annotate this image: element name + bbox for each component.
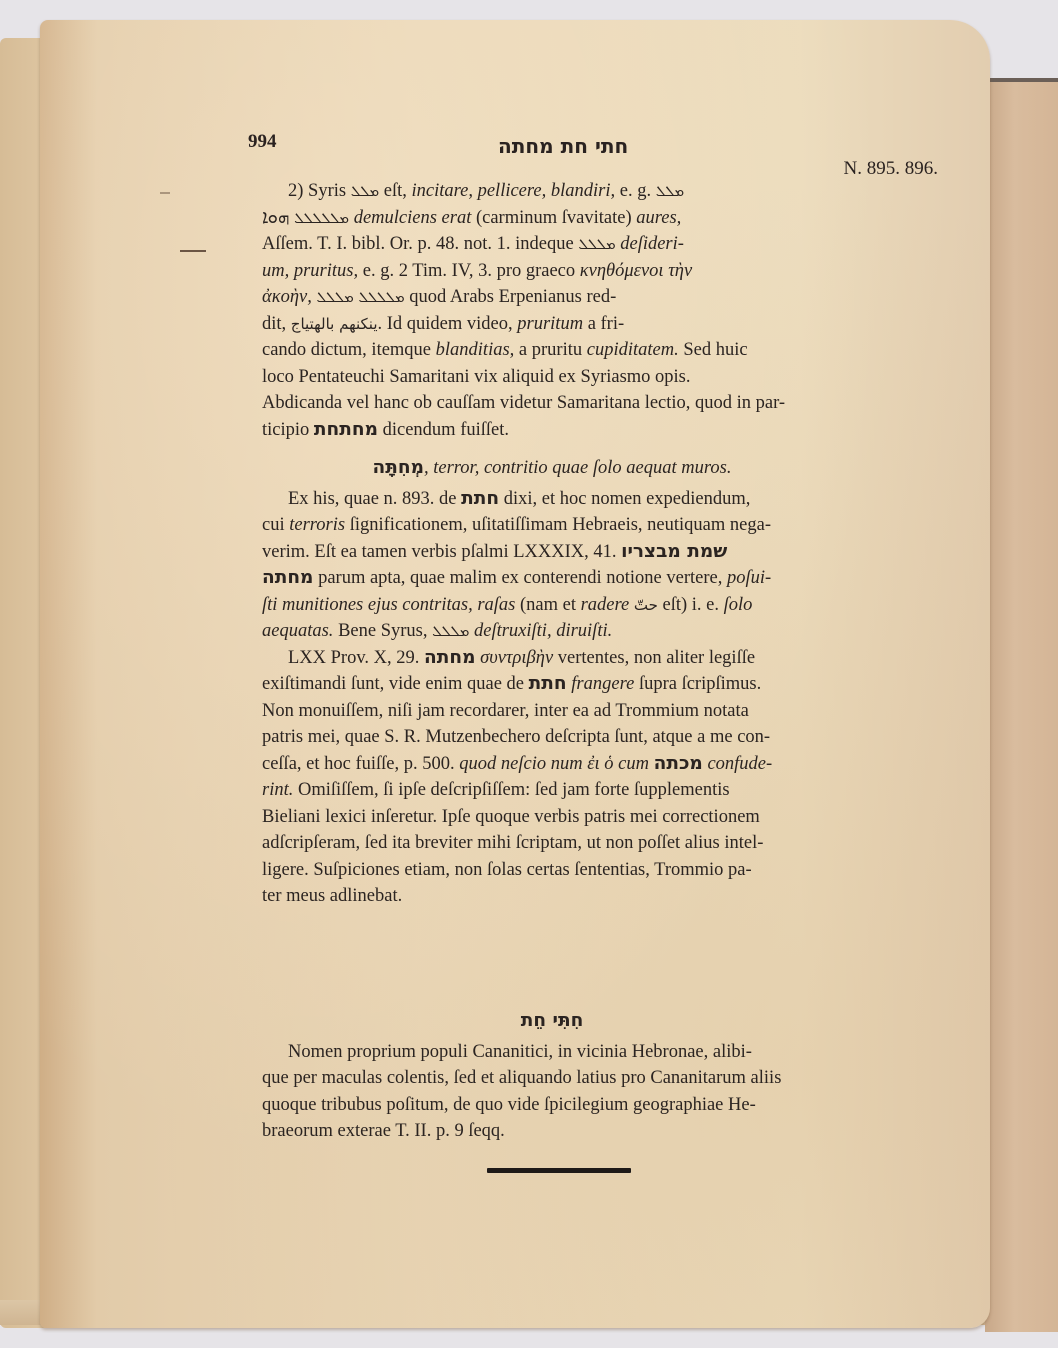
text-line: quoque tribubus poſitum, de quo vide ſpi…	[262, 1092, 922, 1119]
italic-text: frangere	[571, 674, 634, 694]
text: Bieliani lexici inſeretur. Ipſe quoque v…	[262, 807, 760, 827]
text: quoque tribubus poſitum, de quo vide ſpi…	[262, 1095, 756, 1115]
text: quod Arabs Erpenianus red-	[405, 287, 617, 307]
text: Non monuiſſem, niſi jam recordarer, inte…	[262, 701, 749, 721]
text-line: ἀκοὴν, ܡܠܠܠܠ ܡܠܠܠ quod Arabs Erpenianus …	[262, 284, 922, 311]
text: (carminum ſvavitate)	[471, 208, 636, 228]
entry-numbers: N. 895. 896.	[844, 158, 938, 180]
text: cando dictum, itemque	[262, 340, 436, 360]
italic-text: radere	[581, 595, 630, 615]
text: a fri-	[583, 314, 624, 334]
text: ſignificationem, uſitatiſſimam Hebraeis,…	[345, 515, 771, 535]
text: . Id quidem video,	[378, 314, 518, 334]
italic-text: terroris	[289, 515, 345, 535]
text-line: ſti munitiones ejus contritas, raſas (na…	[262, 592, 922, 619]
italic-text: cupiditatem.	[587, 340, 679, 360]
text: 2) Syris	[288, 181, 351, 201]
text: dixi, et hoc nomen expediendum,	[499, 489, 750, 509]
italic-text: um, pruritus,	[262, 261, 358, 281]
italic-text: confude-	[707, 754, 772, 774]
text: a pruritu	[514, 340, 586, 360]
text-line: cui terroris ſignificationem, uſitatiſſi…	[262, 512, 922, 539]
text: ticipio	[262, 420, 314, 440]
running-head: חתי חת מחתה	[498, 134, 628, 158]
page-header: 994 חתי חת מחתה N. 895. 896.	[248, 126, 938, 176]
text-line: LXX Prov. X, 29. מחתה συντριβὴν vertente…	[262, 645, 922, 672]
text: dit,	[262, 314, 291, 334]
text: loco Pentateuchi Samaritani vix aliquid …	[262, 367, 691, 387]
text: LXX Prov. X, 29.	[288, 648, 424, 668]
syriac-arabic-word: ܡܠܠ	[656, 182, 684, 200]
text: adſcripſeram, ſed ita breviter mihi ſcri…	[262, 833, 763, 853]
syriac-arabic-word: حتّ	[634, 596, 658, 614]
italic-text: ſolo	[724, 595, 753, 615]
text: Sed huic	[679, 340, 748, 360]
text: Abdicanda vel hanc ob cauſſam videtur Sa…	[262, 393, 785, 413]
entry-body-mechittah: Ex his, quae n. 893. de חתת dixi, et hoc…	[262, 486, 922, 910]
text-line: Nomen proprium populi Cananitici, in vic…	[262, 1039, 922, 1066]
italic-text: συντριβὴν	[480, 648, 553, 668]
text: patris mei, quae S. R. Mutzenbechero deſ…	[262, 727, 770, 747]
headword: חִתִּי חֵת	[521, 1010, 584, 1031]
text-line: ceſſa, et hoc fuiſſe, p. 500. quod neſci…	[262, 751, 922, 778]
italic-text: aures,	[636, 208, 681, 228]
entry-heading-chittai: חִתִּי חֵת	[262, 1008, 922, 1035]
italic-text: poſui-	[727, 568, 771, 588]
hebrew-word: שמת מבצריו	[621, 541, 727, 562]
hebrew-word: חתת	[529, 673, 567, 694]
italic-text: κνηθόμενοι τὴν	[580, 261, 692, 281]
text-line: loco Pentateuchi Samaritani vix aliquid …	[262, 364, 922, 391]
text-line: Ex his, quae n. 893. de חתת dixi, et hoc…	[262, 486, 922, 513]
text: exiſtimandi ſunt, vide enim quae de	[262, 674, 529, 694]
text: que per maculas colentis, ſed et aliquan…	[262, 1068, 781, 1088]
entry-chittai: חִתִּי חֵת Nomen proprium populi Cananit…	[262, 1008, 922, 1145]
text: Aſſem. T. I. bibl. Or. p. 48. not. 1. in…	[262, 234, 578, 254]
text: Bene Syrus,	[333, 621, 432, 641]
text-line: dit, ينكنهم بالهتياج. Id quidem video, p…	[262, 311, 922, 338]
text: ter meus adlinebat.	[262, 886, 402, 906]
text-line: Non monuiſſem, niſi jam recordarer, inte…	[262, 698, 922, 725]
italic-text: deſideri-	[620, 234, 684, 254]
italic-text: blanditias,	[436, 340, 515, 360]
hebrew-word: מכתה	[654, 753, 703, 774]
text-line: adſcripſeram, ſed ita breviter mihi ſcri…	[262, 830, 922, 857]
page-number: 994	[248, 131, 277, 153]
text: Omiſiſſem, ſi ipſe deſcripſiſſem: ſed ja…	[293, 780, 729, 800]
text: vertentes, non aliter legiſſe	[553, 648, 755, 668]
italic-text: aequatas.	[262, 621, 333, 641]
text: e. g.	[615, 181, 656, 201]
text-line: verim. Eſt ea tamen verbis pſalmi LXXXIX…	[262, 539, 922, 566]
hebrew-word: מחתחת	[314, 419, 378, 440]
syriac-arabic-word: ܡܠܠܠ	[578, 235, 615, 253]
text-line: rint. Omiſiſſem, ſi ipſe deſcripſiſſem: …	[262, 777, 922, 804]
text-line: que per maculas colentis, ſed et aliquan…	[262, 1065, 922, 1092]
text-line: ligere. Suſpiciones etiam, non ſolas cer…	[262, 857, 922, 884]
text-line: cando dictum, itemque blanditias, a prur…	[262, 337, 922, 364]
italic-text: incitare, pellicere, blandiri,	[411, 181, 615, 201]
text: ceſſa, et hoc fuiſſe, p. 500.	[262, 754, 459, 774]
margin-mark	[180, 250, 206, 252]
text-line: 2) Syris ܡܠܠ eſt, incitare, pellicere, b…	[262, 178, 922, 205]
section-syriac-discussion: 2) Syris ܡܠܠ eſt, incitare, pellicere, b…	[262, 178, 922, 443]
italic-text: ſti munitiones ejus contritas, raſas	[262, 595, 515, 615]
text: ſupra ſcripſimus.	[634, 674, 761, 694]
text-line: Aſſem. T. I. bibl. Or. p. 48. not. 1. in…	[262, 231, 922, 258]
headword: מְחִתָּה	[373, 457, 424, 478]
syriac-arabic-word: ܡܠܠܠ	[432, 622, 469, 640]
italic-text: rint.	[262, 780, 293, 800]
headword-gloss: , terror, contritio quae ſolo aequat mur…	[424, 458, 731, 478]
hebrew-word: מחתה	[424, 647, 475, 668]
text: ligere. Suſpiciones etiam, non ſolas cer…	[262, 860, 752, 880]
hebrew-word: מחתה	[262, 567, 313, 588]
syriac-arabic-word: ينكنهم بالهتياج	[291, 315, 378, 333]
italic-text: demulciens erat	[354, 208, 472, 228]
italic-text: pruritum	[517, 314, 583, 334]
text: e. g. 2 Tim. IV, 3. pro graeco	[358, 261, 580, 281]
text-line: מחתה parum apta, quae malim ex conterend…	[262, 565, 922, 592]
text-line: Abdicanda vel hanc ob cauſſam videtur Sa…	[262, 390, 922, 417]
hebrew-word: חתת	[461, 488, 499, 509]
margin-mark	[160, 192, 170, 194]
text: eſt) i. e.	[658, 595, 724, 615]
text: braeorum exterae T. II. p. 9 ſeqq.	[262, 1121, 505, 1141]
text-line: ticipio מחתחת dicendum fuiſſet.	[262, 417, 922, 444]
text-line: Bieliani lexici inſeretur. Ipſe quoque v…	[262, 804, 922, 831]
text-line: aequatas. Bene Syrus, ܡܠܠܠ deſtruxiſti, …	[262, 618, 922, 645]
text: Ex his, quae n. 893. de	[288, 489, 461, 509]
italic-text: deſtruxiſti, diruiſti.	[474, 621, 612, 641]
main-text: 2) Syris ܡܠܠ eſt, incitare, pellicere, b…	[262, 178, 922, 910]
text: cui	[262, 515, 289, 535]
entry-body-chittai: Nomen proprium populi Cananitici, in vic…	[262, 1039, 922, 1145]
syriac-arabic-word: ܡܠܠ	[351, 182, 379, 200]
italic-text: quod neſcio num ἐι ὁ cum	[459, 754, 649, 774]
end-rule	[487, 1168, 631, 1173]
text-line: ter meus adlinebat.	[262, 883, 922, 910]
text-line: exiſtimandi ſunt, vide enim quae de חתת …	[262, 671, 922, 698]
entry-heading-mechittah: מְחִתָּה, terror, contritio quae ſolo ae…	[262, 455, 922, 482]
text: (nam et	[515, 595, 580, 615]
text: verim. Eſt ea tamen verbis pſalmi LXXXIX…	[262, 542, 621, 562]
text-line: ܡܠܠܠܠܠ ܗܘܐ demulciens erat (carminum ſva…	[262, 205, 922, 232]
facing-page-edge	[985, 78, 1058, 1332]
italic-text: ἀκοὴν,	[262, 287, 312, 307]
syriac-arabic-word: ܡܠܠܠܠܠ	[294, 209, 349, 227]
text: dicendum fuiſſet.	[378, 420, 509, 440]
syriac-arabic-word: ܡܠܠܠܠ ܡܠܠܠ	[316, 288, 404, 306]
text: parum apta, quae malim ex conterendi not…	[313, 568, 727, 588]
text: Nomen proprium populi Cananitici, in vic…	[288, 1042, 752, 1062]
text-line: patris mei, quae S. R. Mutzenbechero deſ…	[262, 724, 922, 751]
text-line: braeorum exterae T. II. p. 9 ſeqq.	[262, 1118, 922, 1145]
text: eſt,	[379, 181, 411, 201]
text-line: um, pruritus, e. g. 2 Tim. IV, 3. pro gr…	[262, 258, 922, 285]
